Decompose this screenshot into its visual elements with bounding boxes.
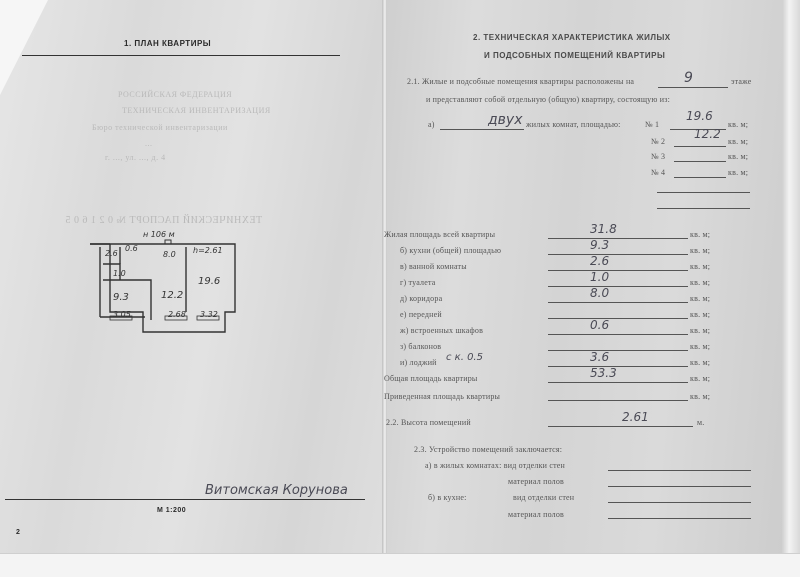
room-2-line (674, 146, 726, 147)
toilet-area: 1.0 (113, 269, 126, 278)
height-label: h=2.61 (193, 246, 223, 255)
dim-kitchen-width: 3.05 (113, 310, 131, 319)
area-value-bathroom: 2.6 (590, 254, 609, 268)
area-unit-toilet: кв. м; (690, 278, 710, 287)
passport-title-bleed: ТЕХНИЧЕСКИЙ ПАСПОРТ № 0 2 1 6 0 5 (65, 215, 262, 226)
room-3-label: № 3 (651, 152, 665, 161)
area-label-toilet: г) туалета (400, 278, 436, 287)
area-unit-hall: кв. м; (690, 310, 710, 319)
room-3-unit: кв. м; (728, 152, 748, 161)
room-3-line (674, 161, 726, 162)
room-2-label: № 2 (651, 137, 665, 146)
area-line-reduced (548, 400, 688, 401)
stamp-line-2: ТЕХНИЧЕСКАЯ ИНВЕНТАРИЗАЦИЯ (122, 106, 271, 115)
kitchen-area: 9.3 (113, 292, 129, 303)
area-label-hall: е) передней (400, 310, 442, 319)
area-unit-bathroom: кв. м; (690, 262, 710, 271)
area-line-total (548, 382, 688, 383)
floor-plan: н 106 м h=2.61 2.6 0.6 1.0 8.0 9.3 12.2 … (85, 232, 245, 342)
s23-b-walls: вид отделки стен (513, 493, 574, 502)
area-line-closets (548, 334, 688, 335)
extra-line-2 (657, 208, 750, 209)
area-label-bathroom: в) ванной комнаты (400, 262, 467, 271)
signature-rule (5, 499, 365, 500)
area-line-kitchen (548, 254, 688, 255)
area-value-corridor: 8.0 (590, 286, 609, 300)
area-value-kitchen: 9.3 (590, 238, 609, 252)
area-value-living: 31.8 (590, 222, 617, 236)
area-unit-reduced: кв. м; (690, 392, 710, 401)
entrance-label: н 106 м (143, 230, 175, 239)
area-label-loggias: и) лоджий (400, 358, 437, 367)
floor-field-line (658, 87, 728, 88)
page-edge (782, 0, 800, 577)
area-label-corridor: д) коридора (400, 294, 442, 303)
room-2-value: 12.2 (694, 127, 721, 141)
area-value-total: 53.3 (590, 366, 617, 380)
room-2-area: 12.2 (161, 290, 183, 301)
area-value-loggias: 3.6 (590, 350, 609, 364)
s23-b: б) в кухне: (428, 493, 467, 502)
s23-a: а) в жилых комнатах: вид отделки стен (425, 461, 565, 470)
area-label-closets: ж) встроенных шкафов (400, 326, 483, 335)
area-unit-total: кв. м; (690, 374, 710, 383)
section-2-title-line2: И ПОДСОБНЫХ ПОМЕЩЕНИЙ КВАРТИРЫ (484, 51, 665, 60)
area-line-hall (548, 318, 688, 319)
area-line-corridor (548, 302, 688, 303)
dim-room1-width: 3.32 (200, 310, 218, 319)
s21-line1: 2.1. Жилые и подсобные помещения квартир… (407, 77, 634, 86)
s23-title: 2.3. Устройство помещений заключается: (414, 445, 562, 454)
room-1-label: № 1 (645, 120, 659, 129)
area-unit-closets: кв. м; (690, 326, 710, 335)
room-1-value: 19.6 (686, 109, 713, 123)
s23-b-floor-line (608, 518, 751, 519)
s22-line (548, 426, 693, 427)
area-unit-balconies: кв. м; (690, 342, 710, 351)
bathroom-area: 2.6 (105, 249, 118, 258)
s21-line2: и представляют собой отдельную (общую) к… (426, 95, 670, 104)
room-1-area: 19.6 (198, 276, 220, 287)
rooms-prefix: а) (428, 120, 435, 129)
area-unit-living: кв. м; (690, 230, 710, 239)
room-4-unit: кв. м; (728, 168, 748, 177)
area-unit-corridor: кв. м; (690, 294, 710, 303)
section-2-title-line1: 2. ТЕХНИЧЕСКАЯ ХАРАКТЕРИСТИКА ЖИЛЫХ (473, 33, 671, 42)
scan-bottom-margin (0, 553, 800, 577)
floor-value: 9 (684, 70, 693, 86)
dim-room2-width: 2.68 (168, 310, 186, 319)
area-line-bathroom (548, 270, 688, 271)
area-label-living: Жилая площадь всей квартиры (384, 230, 495, 239)
stamp-line-4: ... (145, 139, 153, 148)
page-fold (0, 0, 48, 95)
scale-label: М 1:200 (157, 507, 186, 514)
rooms-count-line (440, 129, 524, 130)
area-unit-kitchen: кв. м; (690, 246, 710, 255)
s22-label: 2.2. Высота помещений (386, 418, 471, 427)
area-label-kitchen: б) кухни (общей) площадью (400, 246, 501, 255)
room-2-unit: кв. м; (728, 137, 748, 146)
room-1-unit: кв. м; (728, 120, 748, 129)
area-label-reduced: Приведенная площадь квартиры (384, 392, 500, 401)
s22-unit: м. (697, 418, 704, 427)
s22-value: 2.61 (622, 410, 649, 424)
floor-unit: этаже (731, 77, 752, 86)
s23-a-floor: материал полов (508, 477, 564, 486)
page-number: 2 (16, 529, 20, 536)
area-value-closets: 0.6 (590, 318, 609, 332)
area-line-living (548, 238, 688, 239)
extra-line-1 (657, 192, 750, 193)
s23-a-floor-line (608, 486, 751, 487)
s23-b-floor: материал полов (508, 510, 564, 519)
s23-a-walls-line (608, 470, 751, 471)
area-label-total: Общая площадь квартиры (384, 374, 478, 383)
room-4-label: № 4 (651, 168, 665, 177)
rooms-count-value: двух (488, 112, 523, 128)
signature: Витомская Корунова (205, 483, 348, 498)
stamp-line-1: РОССИЙСКАЯ ФЕДЕРАЦИЯ (118, 90, 232, 99)
area-line-balconies (548, 350, 688, 351)
area-value-toilet: 1.0 (590, 270, 609, 284)
stamp-line-3: Бюро технической инвентаризации (92, 123, 228, 132)
title-rule (22, 55, 340, 56)
room-4-line (674, 177, 726, 178)
corridor-area: 8.0 (163, 250, 176, 259)
area-line-toilet (548, 286, 688, 287)
area-unit-loggias: кв. м; (690, 358, 710, 367)
plan-section-title: 1. ПЛАН КВАРТИРЫ (124, 39, 211, 48)
area-line-loggias (548, 366, 688, 367)
stamp-line-5: г. ..., ул. ..., д. 4 (105, 153, 166, 162)
rooms-text: жилых комнат, площадью: (526, 120, 621, 129)
s23-b-walls-line (608, 502, 751, 503)
closet-area: 0.6 (125, 244, 138, 253)
area-label-balconies: з) балконов (400, 342, 441, 351)
area-note-loggias: с к. 0.5 (446, 352, 483, 363)
